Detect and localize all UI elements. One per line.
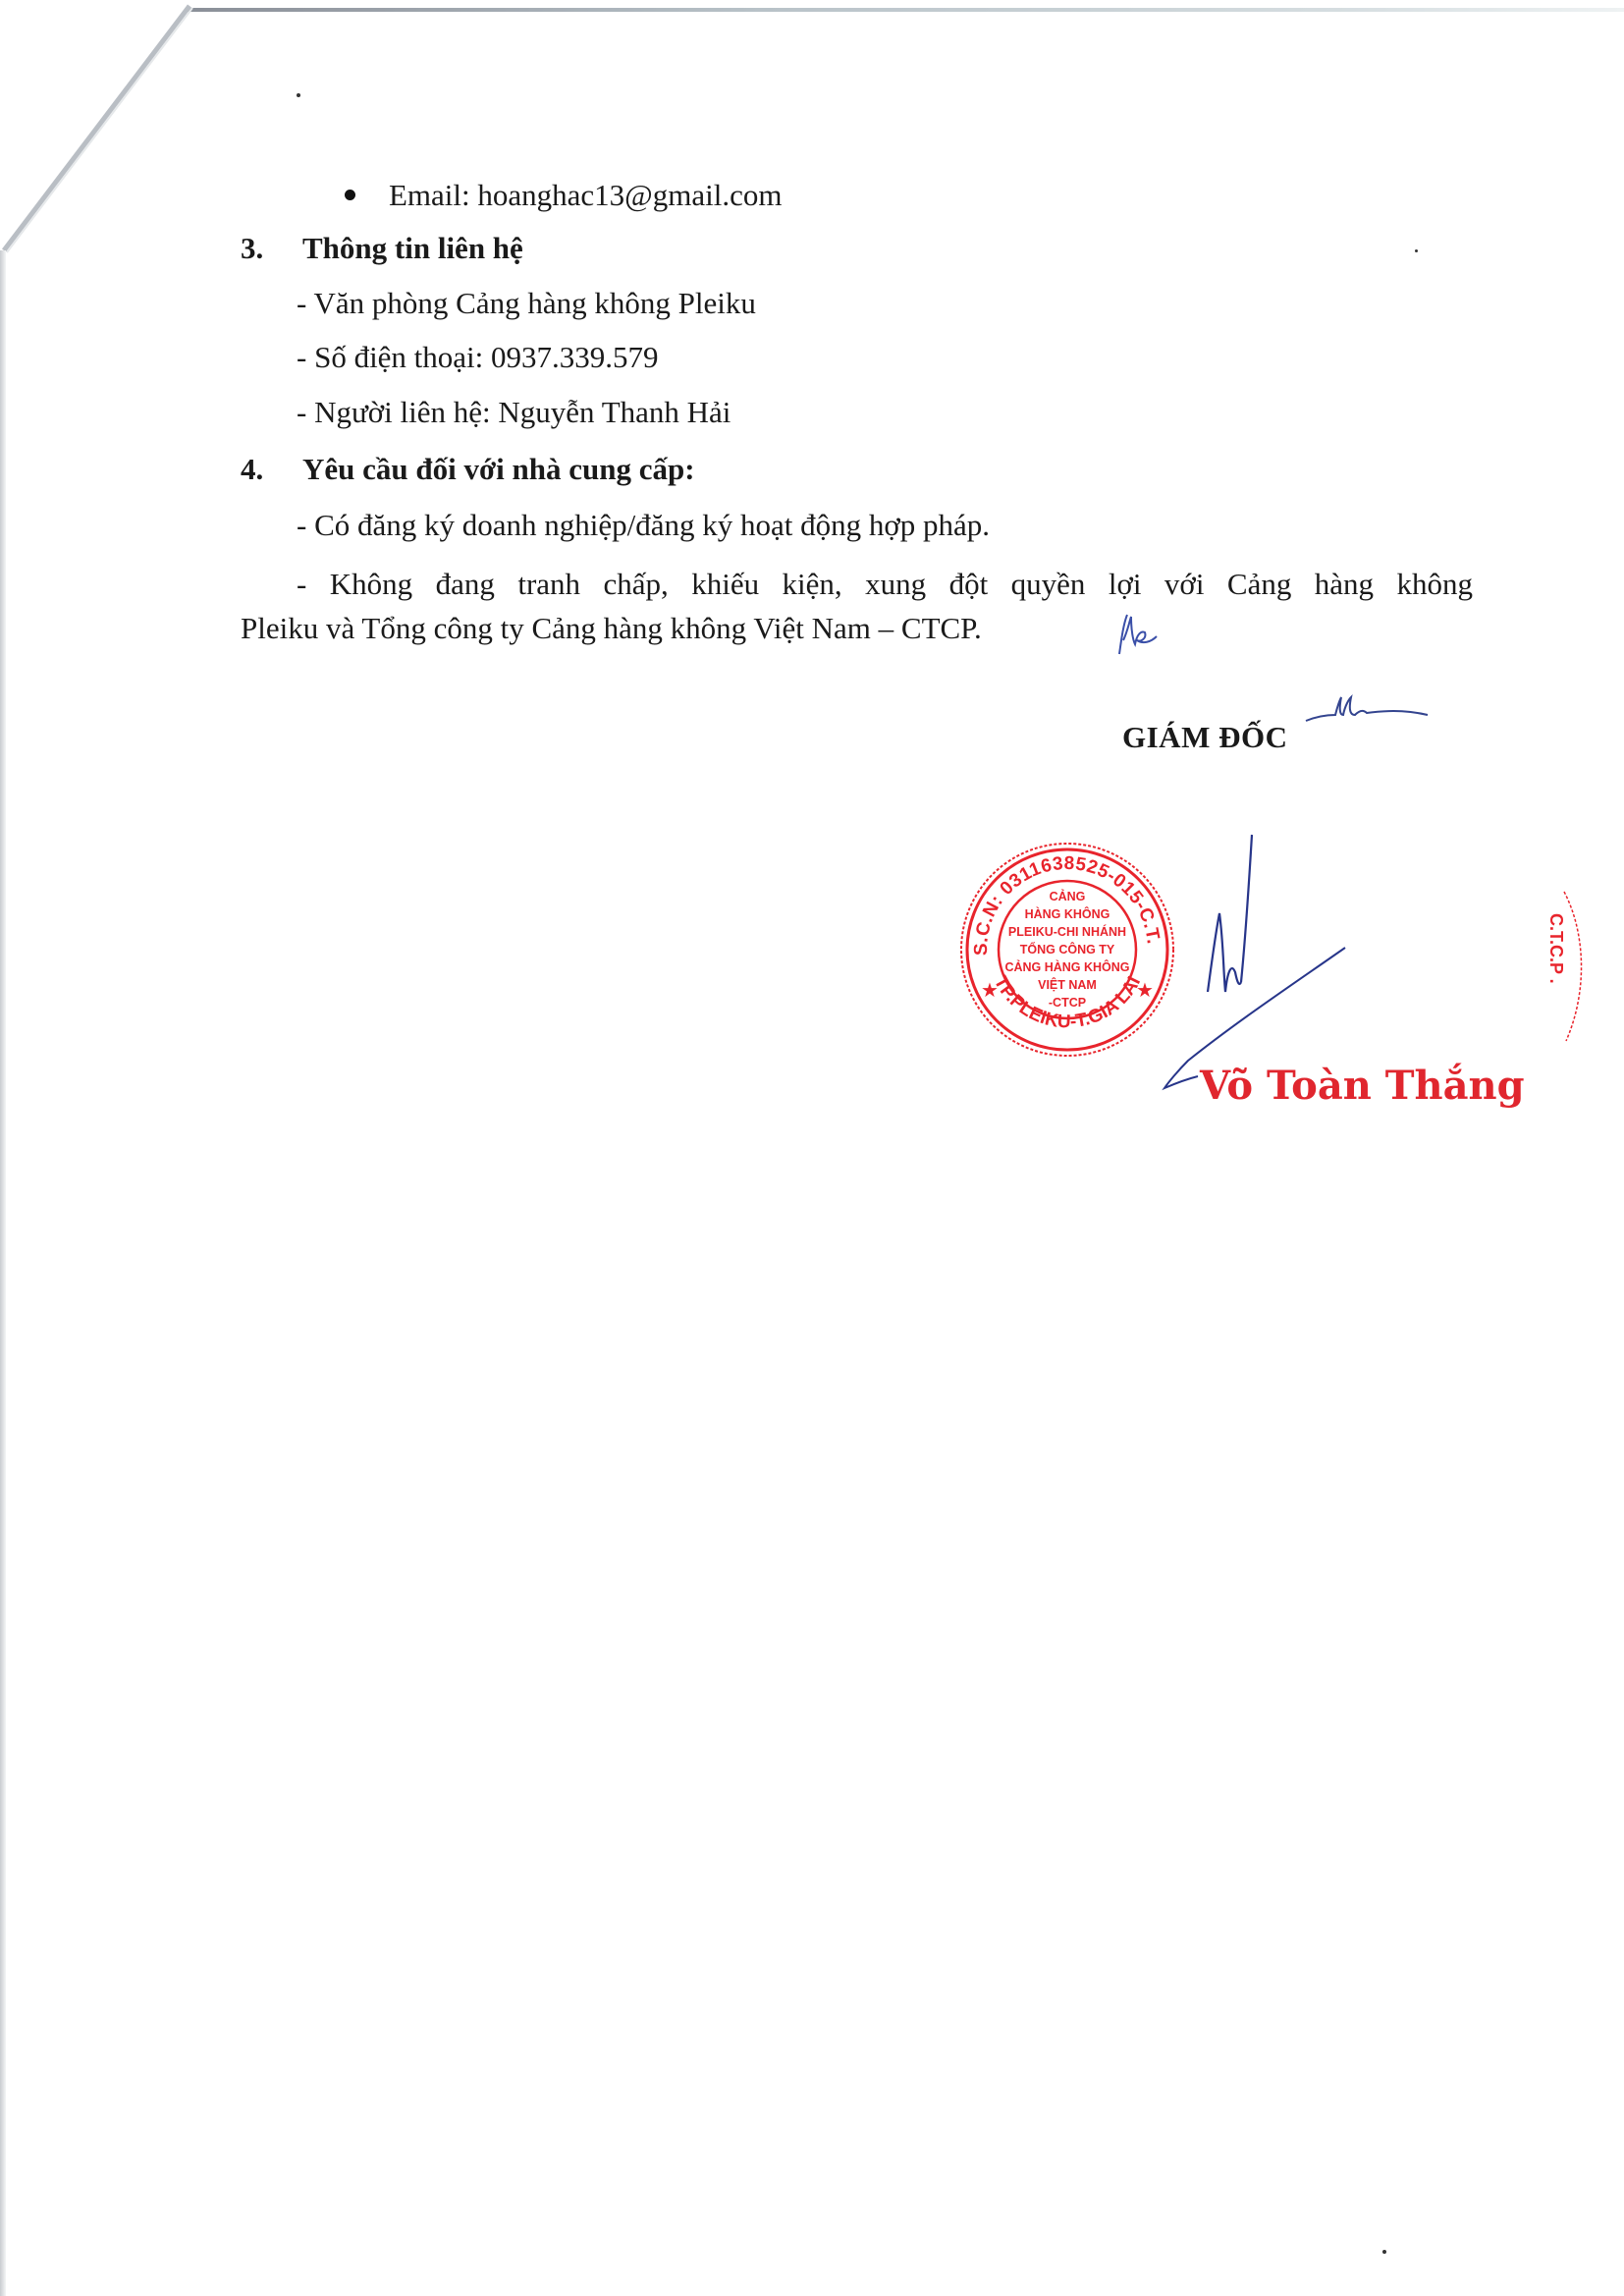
folded-corner-line [0, 0, 196, 265]
page-left-edge [0, 250, 6, 2296]
initial-mark [1111, 611, 1161, 658]
section-4-title: Yêu cầu đối với nhà cung cấp: [302, 454, 695, 484]
signer-name: Võ Toàn Thắng [1200, 1063, 1525, 1109]
seal-center-line: VIỆT NAM [1038, 977, 1097, 992]
director-signature [1129, 825, 1365, 1100]
seal-center-line: -CTCP [1049, 996, 1086, 1010]
requirement-no-dispute: - Không đang tranh chấp, khiếu kiện, xun… [297, 567, 1473, 602]
partial-seal: C.T.C.P . [1546, 884, 1605, 1051]
section-3-title: Thông tin liên hệ [302, 233, 523, 263]
scan-speck [1415, 249, 1418, 252]
page-top-edge [187, 8, 1624, 12]
director-title: GIÁM ĐỐC [1122, 720, 1287, 755]
bullet-icon [345, 190, 355, 200]
contact-person: - Người liên hệ: Nguyễn Thanh Hải [297, 397, 731, 427]
scan-speck [297, 93, 300, 97]
requirement-no-dispute-cont: Pleiku và Tổng công ty Cảng hàng không V… [241, 613, 982, 643]
requirement-registration: - Có đăng ký doanh nghiệp/đăng ký hoạt đ… [297, 510, 990, 540]
partial-seal-text: C.T.C.P . [1546, 913, 1566, 984]
seal-star-icon: ★ [981, 980, 999, 1002]
initials-signature [1304, 693, 1432, 729]
email-item: Email: hoanghac13@gmail.com [389, 180, 782, 210]
seal-center-line: TỔNG CÔNG TY [1020, 942, 1115, 957]
contact-phone: - Số điện thoại: 0937.339.579 [297, 342, 659, 372]
section-4-number: 4. [241, 454, 263, 484]
scan-speck [1382, 2250, 1386, 2254]
seal-center-line: CẢNG [1050, 889, 1086, 903]
contact-office: - Văn phòng Cảng hàng không Pleiku [297, 288, 756, 318]
section-3-number: 3. [241, 233, 263, 263]
seal-center-line: CẢNG HÀNG KHÔNG [1004, 959, 1129, 974]
seal-center-line: PLEIKU-CHI NHÁNH [1008, 924, 1126, 939]
seal-center-line: HÀNG KHÔNG [1025, 906, 1110, 921]
